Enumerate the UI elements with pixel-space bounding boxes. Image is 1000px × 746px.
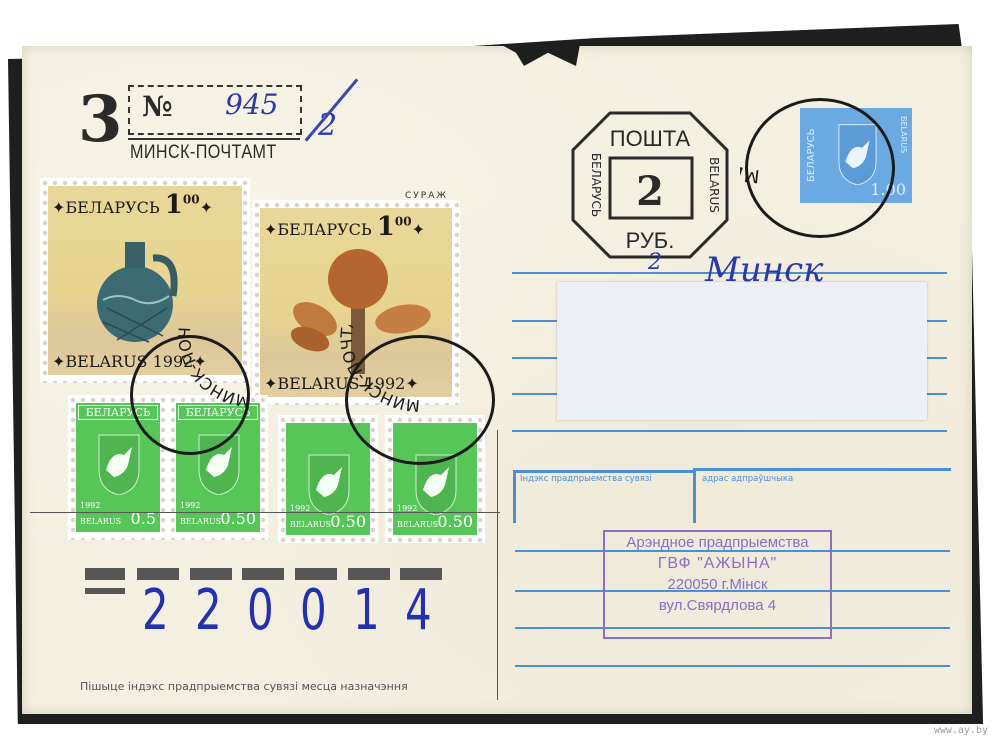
provisional-postage-mark: ПОШТА 2 РУБ. БЕЛАРУСЬ BELARUS: [570, 110, 730, 260]
postmark-right-text: МИНСК-ПОЧТАМТ: [740, 92, 905, 247]
registration-number-prefix: №: [142, 90, 172, 123]
stamp-country: BELARUS: [180, 517, 221, 526]
sender-stamp-line: ГВФ "АЖЫНА": [605, 553, 830, 574]
stamp-top-line: ✦БЕЛАРУСЬ 100✦: [52, 190, 238, 220]
postcode-bar: [85, 588, 125, 594]
registration-handwritten-number: 945: [225, 88, 278, 121]
sender-stamp-line: вул.Свярдлова 4: [605, 595, 830, 616]
stamp-year: 1992: [180, 501, 200, 510]
postcode-hint: Пішыце індэкс прадпрыемства сувязі месца…: [80, 680, 408, 693]
sender-address-label: адрас адпраўшчыка: [702, 474, 793, 484]
svg-text:БЕЛАРУСЬ: БЕЛАРУСЬ: [589, 153, 603, 217]
postcode-digit: 0: [300, 583, 327, 639]
sender-index-label: Індэкс прадпрыемства сувязі: [520, 474, 652, 484]
divider-horizontal: [30, 512, 500, 513]
sender-stamp-line: Арэндное прадпрыемства: [605, 532, 830, 553]
postcode-digit: 0: [247, 583, 274, 639]
sender-line: [515, 665, 950, 667]
postmark-text: МИНСК-ПОЧТАМТ МИНСК-ПОЧТАМТ: [120, 325, 520, 485]
svg-text:МИНСК-ПОЧТАМТ: МИНСК-ПОЧТАМТ: [337, 325, 421, 415]
stamp-country: BELARUS: [80, 517, 121, 526]
divider-vertical: [497, 430, 498, 700]
sender-rubber-stamp: Арэндное прадпрыемства ГВФ "АЖЫНА" 22005…: [603, 530, 832, 639]
address-cover-label: [557, 282, 927, 420]
address-line: [512, 430, 947, 432]
stamp-country: BELARUS: [290, 520, 331, 529]
stamp-value: 0.50: [330, 512, 366, 531]
watermark: www.ay.by: [934, 725, 988, 736]
sender-stamp-line: 220050 г.Мінск: [605, 574, 830, 595]
postcode-digit: 4: [405, 583, 432, 639]
svg-text:МИНСК-ПОЧТАМТ: МИНСК-ПОЧТАМТ: [740, 92, 761, 186]
svg-text:МИНСК-ПОЧТАМТ: МИНСК-ПОЧТАМТ: [175, 325, 251, 410]
postcode-digit: 2: [195, 583, 222, 639]
svg-text:2: 2: [636, 168, 664, 215]
registration-office: МИНСК-ПОЧТАМТ: [130, 142, 277, 164]
stamp-top-line: ✦БЕЛАРУСЬ 100✦: [264, 212, 448, 242]
svg-text:BELARUS: BELARUS: [707, 157, 721, 213]
stamp-year: 1992: [80, 501, 100, 510]
postcode-digit: 2: [142, 583, 169, 639]
registration-category: 3: [78, 88, 123, 152]
postcode-bar: [85, 568, 125, 580]
stamp-country: BELARUS: [397, 520, 438, 529]
handwritten-note: 2: [648, 250, 662, 275]
postcode-digit: 1: [353, 583, 380, 639]
svg-text:ПОШТА: ПОШТА: [610, 126, 691, 151]
stamp-value: 0.50: [437, 512, 473, 531]
